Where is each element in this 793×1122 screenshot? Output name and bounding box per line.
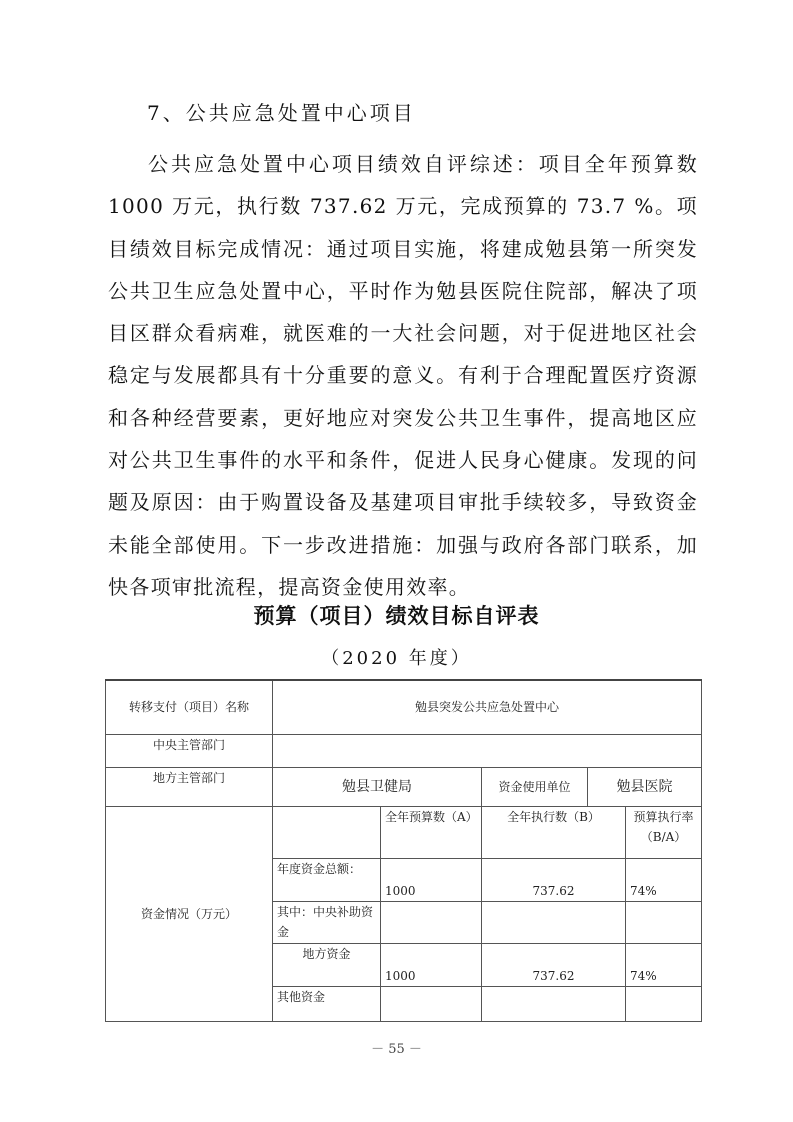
- header-empty-cell: [273, 806, 381, 858]
- row-label: 年度资金总额：: [273, 858, 381, 901]
- central-dept-label: 中央主管部门: [106, 734, 273, 767]
- table-title: 预算（项目）绩效目标自评表: [0, 600, 793, 630]
- row-rate: [626, 986, 702, 1021]
- table-row-local-dept: 地方主管部门 勉县卫健局 资金使用单位 勉县医院: [106, 767, 702, 806]
- row-budget: [381, 986, 482, 1021]
- row-budget: 1000: [381, 858, 482, 901]
- table-row-project-name: 转移支付（项目）名称 勉县突发公共应急处置中心: [106, 680, 702, 734]
- table-year: （2020 年度）: [0, 644, 793, 670]
- header-rate: 预算执行率（B/A）: [626, 806, 702, 858]
- table-row-central-dept: 中央主管部门: [106, 734, 702, 767]
- project-name-value: 勉县突发公共应急处置中心: [273, 680, 702, 734]
- row-executed: [482, 901, 626, 943]
- row-executed: 737.62: [482, 943, 626, 986]
- project-name-label: 转移支付（项目）名称: [106, 680, 273, 734]
- row-label: 其中：中央补助资金: [273, 901, 381, 943]
- local-dept-value: 勉县卫健局: [273, 767, 482, 806]
- row-label: 其他资金: [273, 986, 381, 1021]
- row-rate: [626, 901, 702, 943]
- section-heading: 7、公共应急处置中心项目: [147, 99, 416, 127]
- section-paragraph: 公共应急处置中心项目绩效自评综述：项目全年预算数 1000 万元，执行数 737…: [108, 143, 698, 608]
- fund-user-value: 勉县医院: [588, 767, 702, 806]
- row-executed: [482, 986, 626, 1021]
- row-executed: 737.62: [482, 858, 626, 901]
- table-row-column-headers: 资金情况（万元） 全年预算数（A） 全年执行数（B） 预算执行率（B/A）: [106, 806, 702, 858]
- row-label: 地方资金: [273, 943, 381, 986]
- page-number: － 55 －: [0, 1038, 793, 1057]
- funds-label: 资金情况（万元）: [106, 806, 273, 1021]
- central-dept-value: [273, 734, 702, 767]
- header-budget: 全年预算数（A）: [381, 806, 482, 858]
- header-executed: 全年执行数（B）: [482, 806, 626, 858]
- row-rate: 74%: [626, 858, 702, 901]
- row-budget: [381, 901, 482, 943]
- fund-user-label: 资金使用单位: [482, 767, 588, 806]
- row-budget: 1000: [381, 943, 482, 986]
- row-rate: 74%: [626, 943, 702, 986]
- performance-table: 转移支付（项目）名称 勉县突发公共应急处置中心 中央主管部门 地方主管部门 勉县…: [105, 679, 702, 1022]
- local-dept-label: 地方主管部门: [106, 767, 273, 806]
